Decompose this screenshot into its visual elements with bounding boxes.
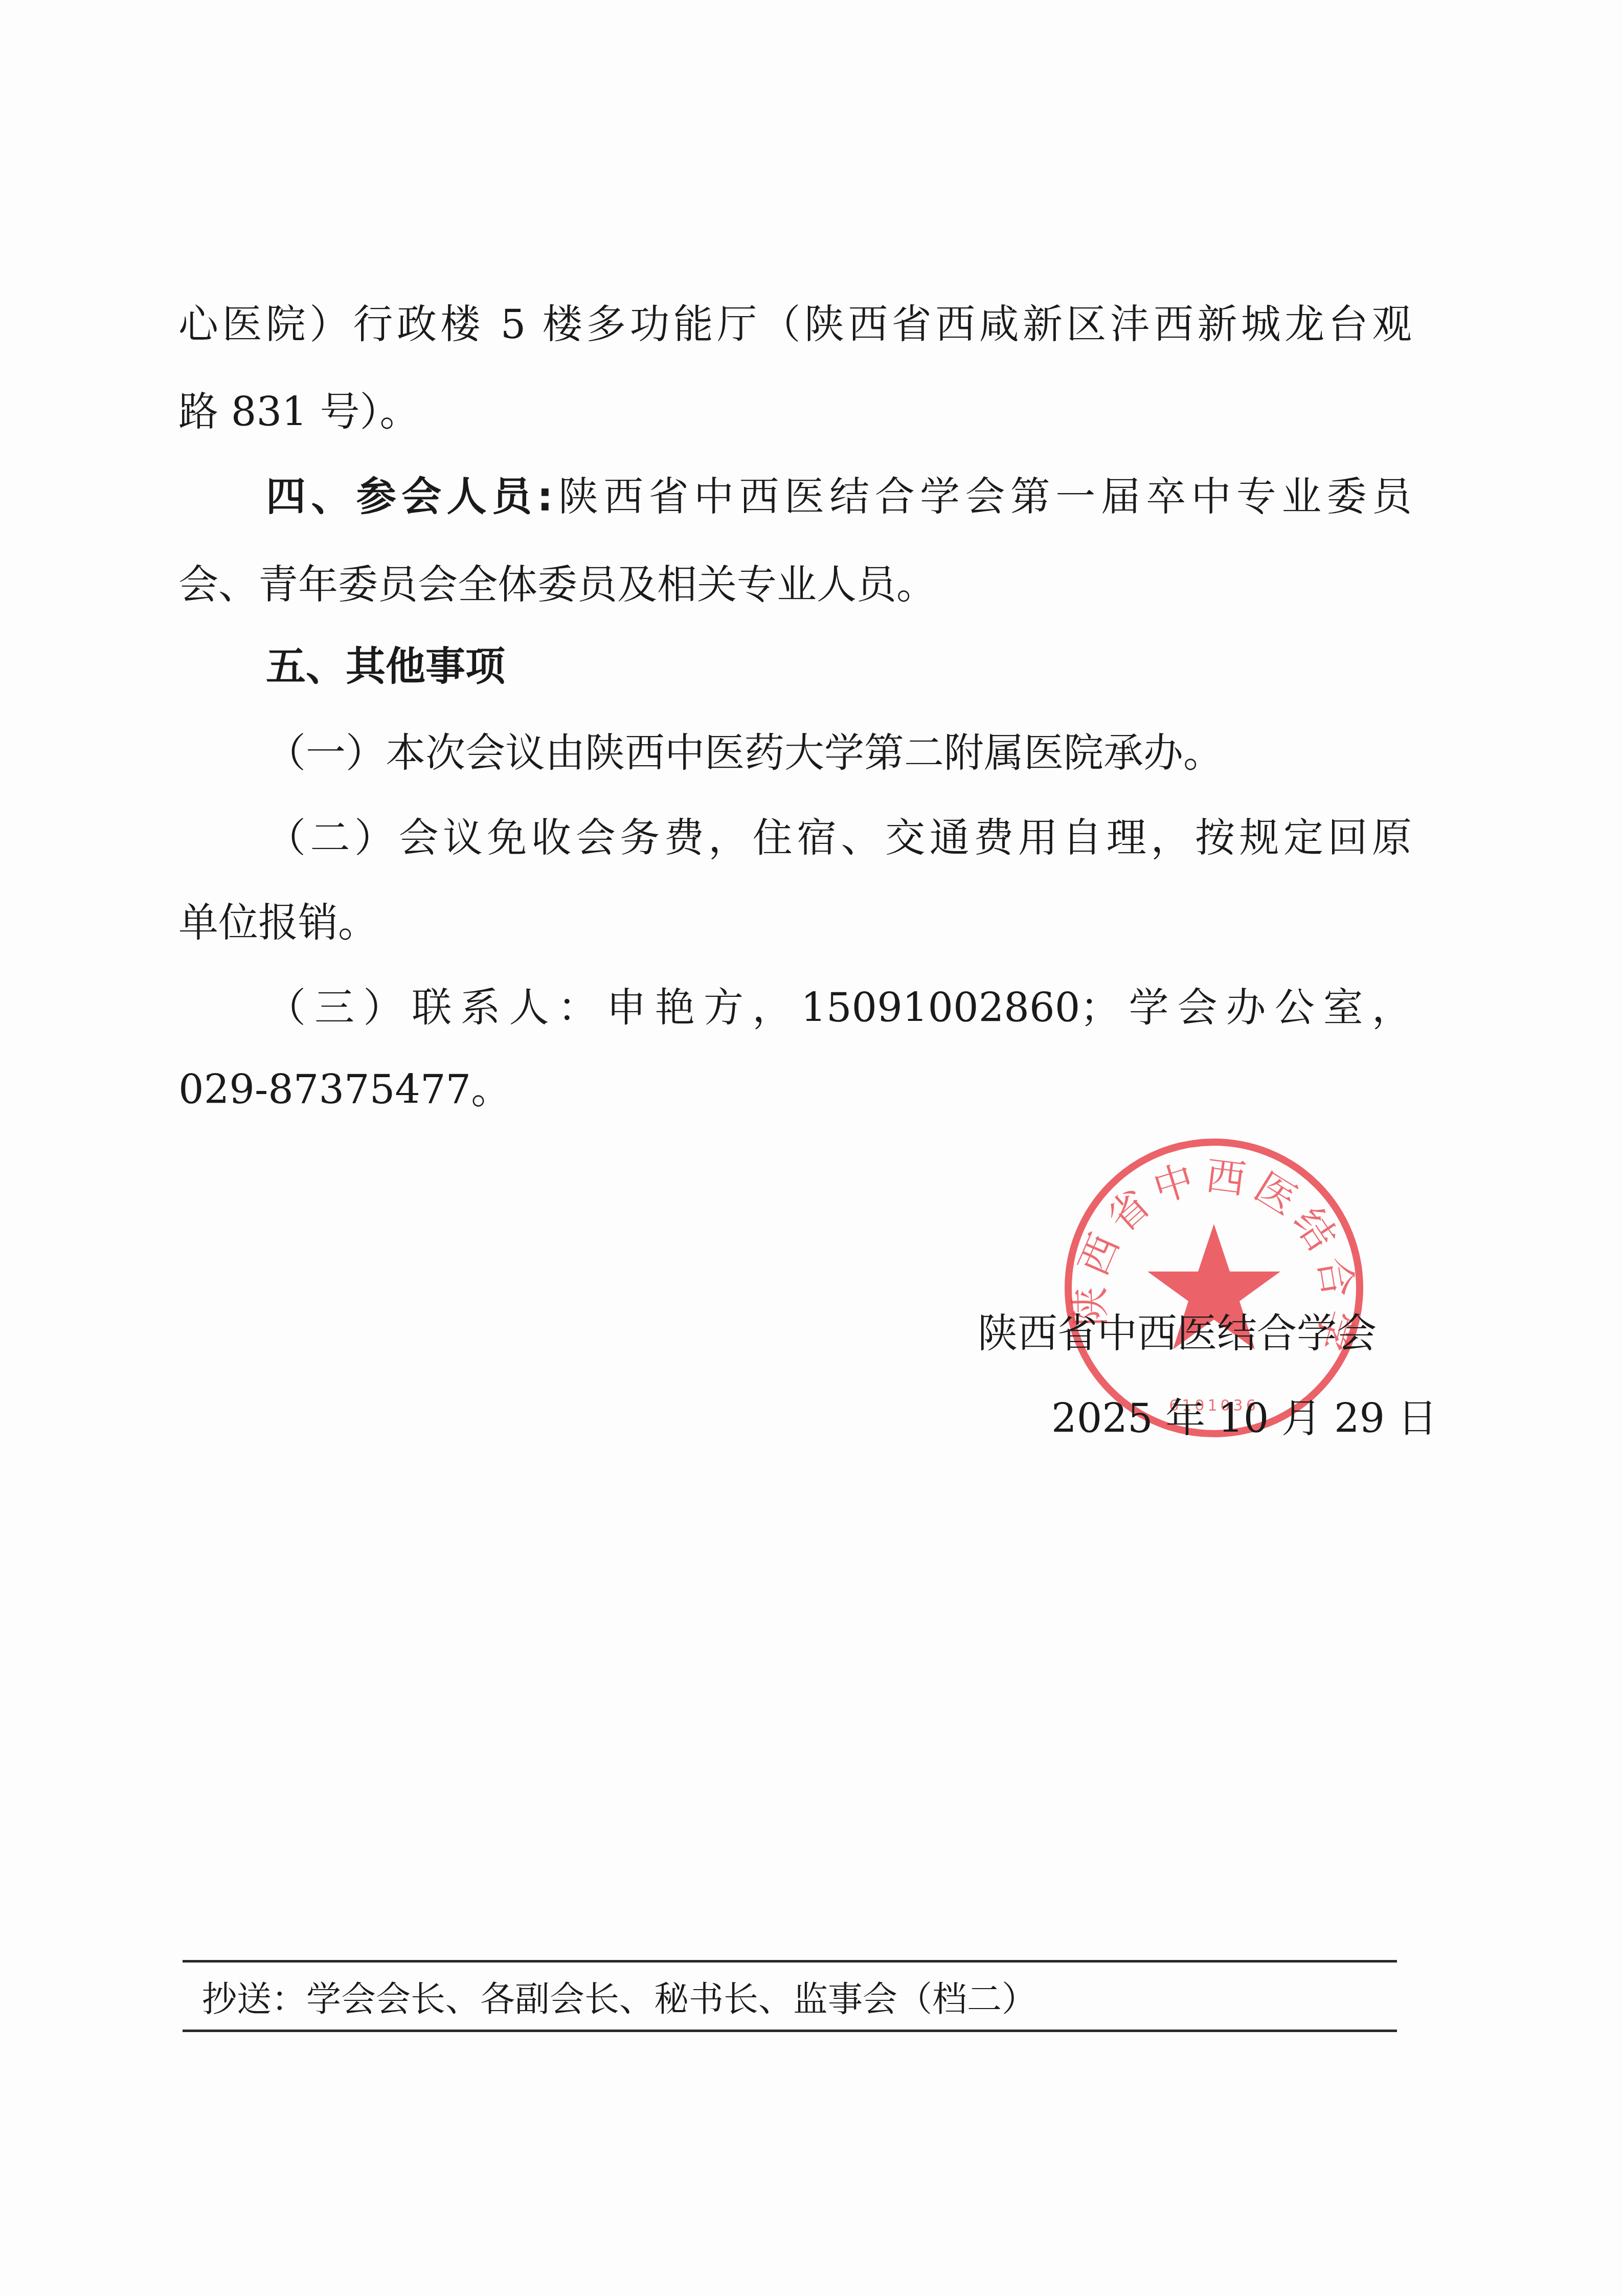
signature-organization: 陕西省中西医结合学会 bbox=[978, 1306, 1377, 1362]
section-five-heading: 五、其他事项 bbox=[266, 639, 1412, 695]
item-two-line-1: （二）会议免收会务费，住宿、交通费用自理，按规定回原 bbox=[266, 810, 1412, 866]
section-four-heading: 四、参会人员: bbox=[266, 474, 553, 520]
item-three-line-1: （三）联系人：申艳方，15091002860；学会办公室， bbox=[266, 980, 1412, 1036]
section-four-text: 陕西省中西医结合学会第一届卒中专业委员 bbox=[553, 474, 1412, 520]
item-three-line-2: 029-87375477。 bbox=[178, 1062, 1412, 1118]
section-four-line-1: 四、参会人员:陕西省中西医结合学会第一届卒中专业委员 bbox=[266, 469, 1412, 525]
signature-date: 2025 年 10 月 29 日 bbox=[1051, 1391, 1437, 1447]
section-four-line-2: 会、青年委员会全体委员及相关专业人员。 bbox=[178, 557, 1412, 613]
venue-line-1: 心医院）行政楼 5 楼多功能厅（陕西省西咸新区沣西新城龙台观 bbox=[178, 297, 1412, 353]
document-page: 心医院）行政楼 5 楼多功能厅（陕西省西咸新区沣西新城龙台观 路 831 号）。… bbox=[0, 0, 1623, 2296]
cc-footer-text: 抄送：学会会长、各副会长、秘书长、监事会（档二） bbox=[202, 1974, 1036, 2025]
item-two-line-2: 单位报销。 bbox=[178, 895, 1412, 951]
item-one: （一）本次会议由陕西中医药大学第二附属医院承办。 bbox=[266, 725, 1412, 782]
footer-rule-top bbox=[183, 1960, 1397, 1963]
footer-rule-bottom bbox=[183, 2030, 1397, 2032]
venue-line-2: 路 831 号）。 bbox=[178, 384, 1412, 440]
